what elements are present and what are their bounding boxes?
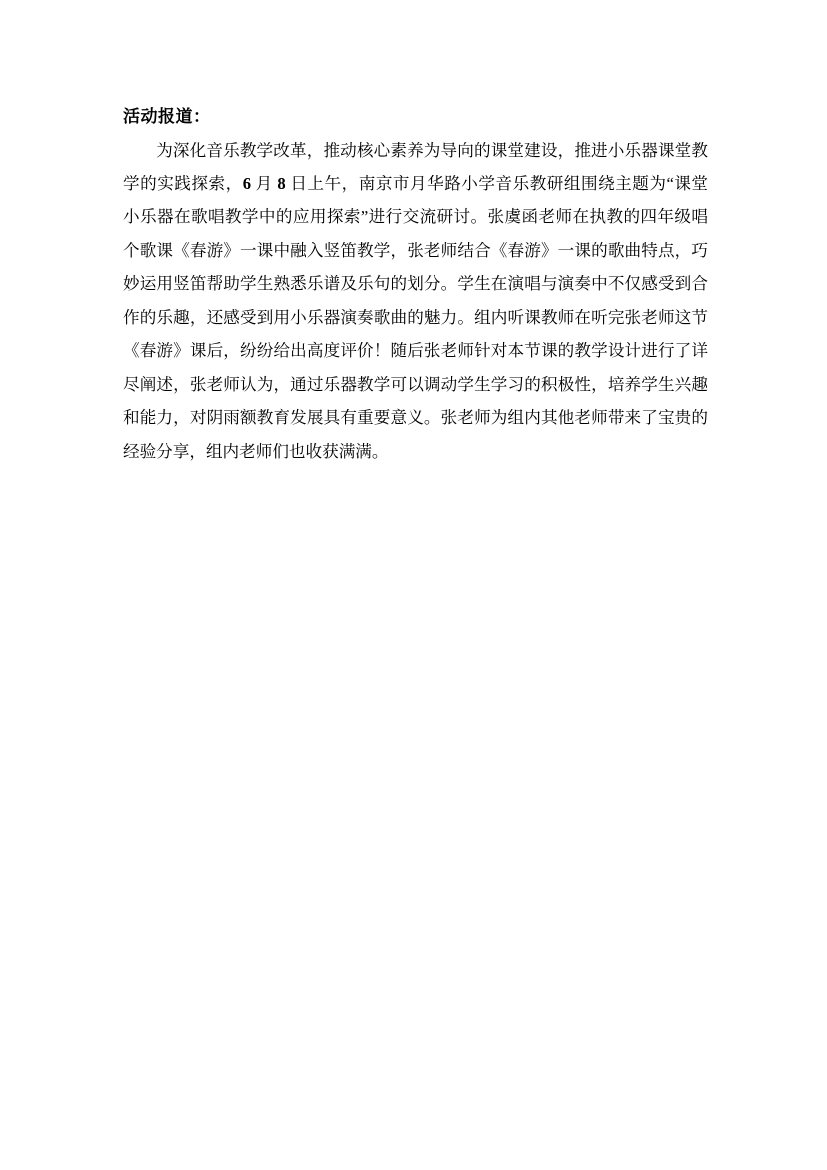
paragraph-line: 为深化音乐教学改革，推动核心素养为导向的课堂建设，推进小乐器课堂教 (123, 134, 708, 167)
paragraph-line: 个歌课《春游》一课中融入竖笛教学，张老师结合《春游》一课的歌曲特点，巧 (123, 234, 708, 267)
text-segment: 和能力，对阴雨额教育发展具有重要意义。张老师为组内其他老师带来了宝贵的 (123, 408, 708, 427)
text-segment: 经验分享，组内老师们也收获满满。 (123, 442, 389, 461)
text-segment: 作的乐趣，还感受到用小乐器演奏歌曲的魅力。组内听课教师在听完张老师这节 (123, 308, 708, 327)
paragraph-line: 经验分享，组内老师们也收获满满。 (123, 435, 708, 468)
text-segment: 为深化音乐教学改革，推动核心素养为导向的课堂建设，推进小乐器课堂教 (156, 141, 708, 160)
text-segment: 月 (251, 174, 277, 193)
text-segment: 个歌课《春游》一课中融入竖笛教学，张老师结合《春游》一课的歌曲特点，巧 (123, 241, 708, 260)
text-segment: 学的实践探索， (123, 174, 243, 193)
paragraph-line: 作的乐趣，还感受到用小乐器演奏歌曲的魅力。组内听课教师在听完张老师这节 (123, 301, 708, 334)
text-segment: 日上午，南京市月华路小学音乐教研组围绕主题为“课堂 (286, 174, 708, 193)
text-segment: 尽阐述，张老师认为，通过乐器教学可以调动学生学习的积极性，培养学生兴趣 (123, 375, 708, 394)
report-paragraph: 为深化音乐教学改革，推动核心素养为导向的课堂建设，推进小乐器课堂教学的实践探索，… (123, 134, 708, 469)
document-page: 活动报道： 为深化音乐教学改革，推动核心素养为导向的课堂建设，推进小乐器课堂教学… (0, 0, 827, 1170)
text-segment: 《春游》课后，纷纷给出高度评价！随后张老师针对本节课的教学设计进行了详 (123, 341, 708, 360)
paragraph-line: 《春游》课后，纷纷给出高度评价！随后张老师针对本节课的教学设计进行了详 (123, 334, 708, 367)
paragraph-line: 和能力，对阴雨额教育发展具有重要意义。张老师为组内其他老师带来了宝贵的 (123, 401, 708, 434)
text-segment: 8 (277, 174, 285, 193)
text-segment: 小乐器在歌唱教学中的应用探索”进行交流研讨。张虞函老师在执教的四年级唱 (123, 207, 708, 226)
report-heading: 活动报道： (123, 100, 708, 134)
paragraph-line: 尽阐述，张老师认为，通过乐器教学可以调动学生学习的积极性，培养学生兴趣 (123, 368, 708, 401)
document-content: 活动报道： 为深化音乐教学改革，推动核心素养为导向的课堂建设，推进小乐器课堂教学… (123, 100, 708, 468)
text-segment: 6 (243, 174, 251, 193)
paragraph-line: 学的实践探索，6 月 8 日上午，南京市月华路小学音乐教研组围绕主题为“课堂 (123, 167, 708, 200)
paragraph-line: 妙运用竖笛帮助学生熟悉乐谱及乐句的划分。学生在演唱与演奏中不仅感受到合 (123, 267, 708, 300)
text-segment: 妙运用竖笛帮助学生熟悉乐谱及乐句的划分。学生在演唱与演奏中不仅感受到合 (123, 274, 708, 293)
paragraph-line: 小乐器在歌唱教学中的应用探索”进行交流研讨。张虞函老师在执教的四年级唱 (123, 200, 708, 233)
